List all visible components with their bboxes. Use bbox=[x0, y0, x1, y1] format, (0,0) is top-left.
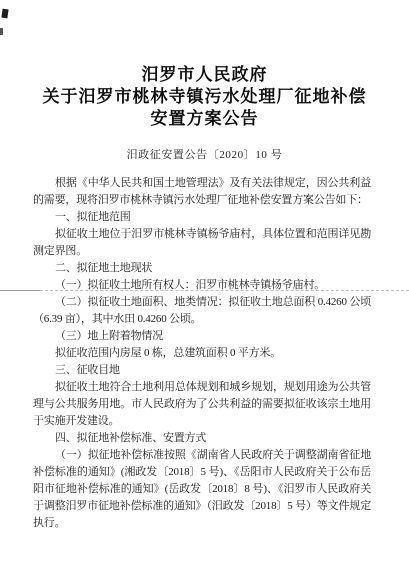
notice-title: 汨罗市人民政府 关于汨罗市桃林寺镇污水处理厂征地补偿 安置方案公告 bbox=[0, 64, 409, 130]
document-number: 汨政征安置公告〔2020〕10 号 bbox=[0, 146, 409, 162]
paragraph-section-2-item-3-detail: 拟征收范围内房屋 0 栋，总建筑面积 0 平方米。 bbox=[33, 345, 371, 362]
paragraph-intro: 根据《中华人民共和国土地管理法》及有关法律规定，因公共利益的需要，现将汨罗市桃林… bbox=[33, 175, 371, 209]
paragraph-section-2-item-3: （三）地上附着物情况 bbox=[33, 328, 371, 345]
title-line-type: 安置方案公告 bbox=[0, 108, 409, 130]
paragraph-section-1: 拟征收土地位于汨罗市桃林寺镇杨爷庙村，具体位置和范围详见勘测定界图。 bbox=[33, 226, 371, 260]
scanned-notice-page: 汨罗市人民政府 关于汨罗市桃林寺镇污水处理厂征地补偿 安置方案公告 汨政征安置公… bbox=[0, 0, 409, 581]
title-line-issuer: 汨罗市人民政府 bbox=[0, 64, 409, 86]
heading-section-3: 三、征收目地 bbox=[33, 362, 371, 379]
heading-section-4: 四、拟征地补偿标准、安置方式 bbox=[33, 430, 371, 447]
fold-crease-line bbox=[0, 290, 409, 291]
paragraph-section-2-item-1: （一）拟征收土地所有权人：汨罗市桃林寺镇杨爷庙村。 bbox=[33, 277, 371, 294]
paragraph-section-4-item-1: （一）拟征地补偿标准按照《湖南省人民政府关于调整湖南省征地补偿标准的通知》(湘政… bbox=[33, 447, 371, 532]
scan-artifact-mark bbox=[0, 28, 3, 35]
paragraph-section-2-item-2: （二）拟征收土地面积、地类情况：拟征收土地总面积 0.4260 公顷（6.39 … bbox=[33, 294, 371, 328]
notice-body: 根据《中华人民共和国土地管理法》及有关法律规定，因公共利益的需要，现将汨罗市桃林… bbox=[33, 175, 371, 532]
heading-section-1: 一、拟征地范围 bbox=[33, 209, 371, 226]
paragraph-section-3: 拟征收土地符合土地利用总体规划和城乡规划，规划用途为公共管理与公共服务用地。市人… bbox=[33, 379, 371, 430]
title-line-subject: 关于汨罗市桃林寺镇污水处理厂征地补偿 bbox=[0, 86, 409, 108]
scan-artifact-mark bbox=[1, 9, 8, 19]
heading-section-2: 二、拟征地土地现状 bbox=[33, 260, 371, 277]
